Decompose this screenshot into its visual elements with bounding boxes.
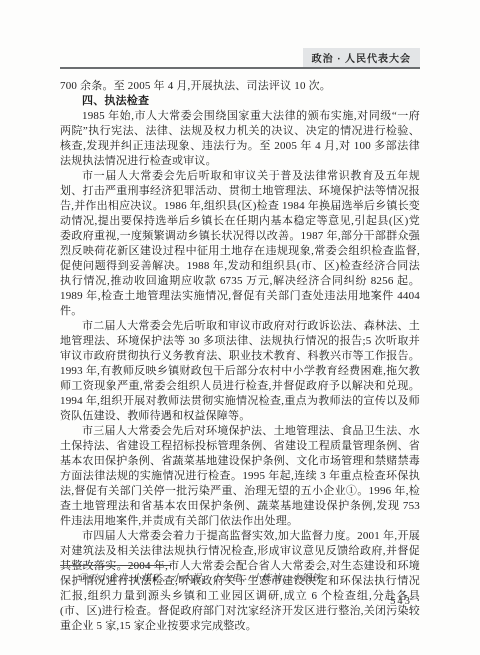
footnote-divider <box>60 565 172 566</box>
paragraph-section-intro: 1985 年始,市人大常委会围绕国家重大法律的颁布实施,对同级“一府两院”执行宪… <box>60 109 420 169</box>
paragraph-second-congress: 市二届人大常委会先后听取和审议市政府对行政诉讼法、森林法、土地管理法、环境保护法… <box>60 319 420 424</box>
paragraph-first-congress: 市一届人大常委会先后听取和审议关于普及法律常识教育及五年规划、打击严重刑事经济犯… <box>60 169 420 319</box>
section-heading: 四、执法检查 <box>60 94 420 109</box>
footnote-text: ①五小企业:小煤矿、小水泥、小火电、小炼油、小钢铁。 <box>60 573 420 586</box>
page-number: · 543 · <box>380 596 422 607</box>
paragraph-third-congress: 市三届人大常委会先后对环境保护法、土地管理法、食品卫生法、水土保持法、省建设工程… <box>60 424 420 529</box>
page-header: 政治 · 人民代表大会 <box>60 48 420 69</box>
footnote-block: ①五小企业:小煤矿、小水泥、小火电、小炼油、小钢铁。 <box>60 565 420 586</box>
document-body: 700 余条。至 2005 年 4 月,开展执法、司法评议 10 次。 四、执法… <box>60 79 420 634</box>
paragraph-continuation: 700 余条。至 2005 年 4 月,开展执法、司法评议 10 次。 <box>60 79 420 94</box>
running-head: 政治 · 人民代表大会 <box>303 48 420 67</box>
document-page: 政治 · 人民代表大会 700 余条。至 2005 年 4 月,开展执法、司法评… <box>0 0 480 655</box>
